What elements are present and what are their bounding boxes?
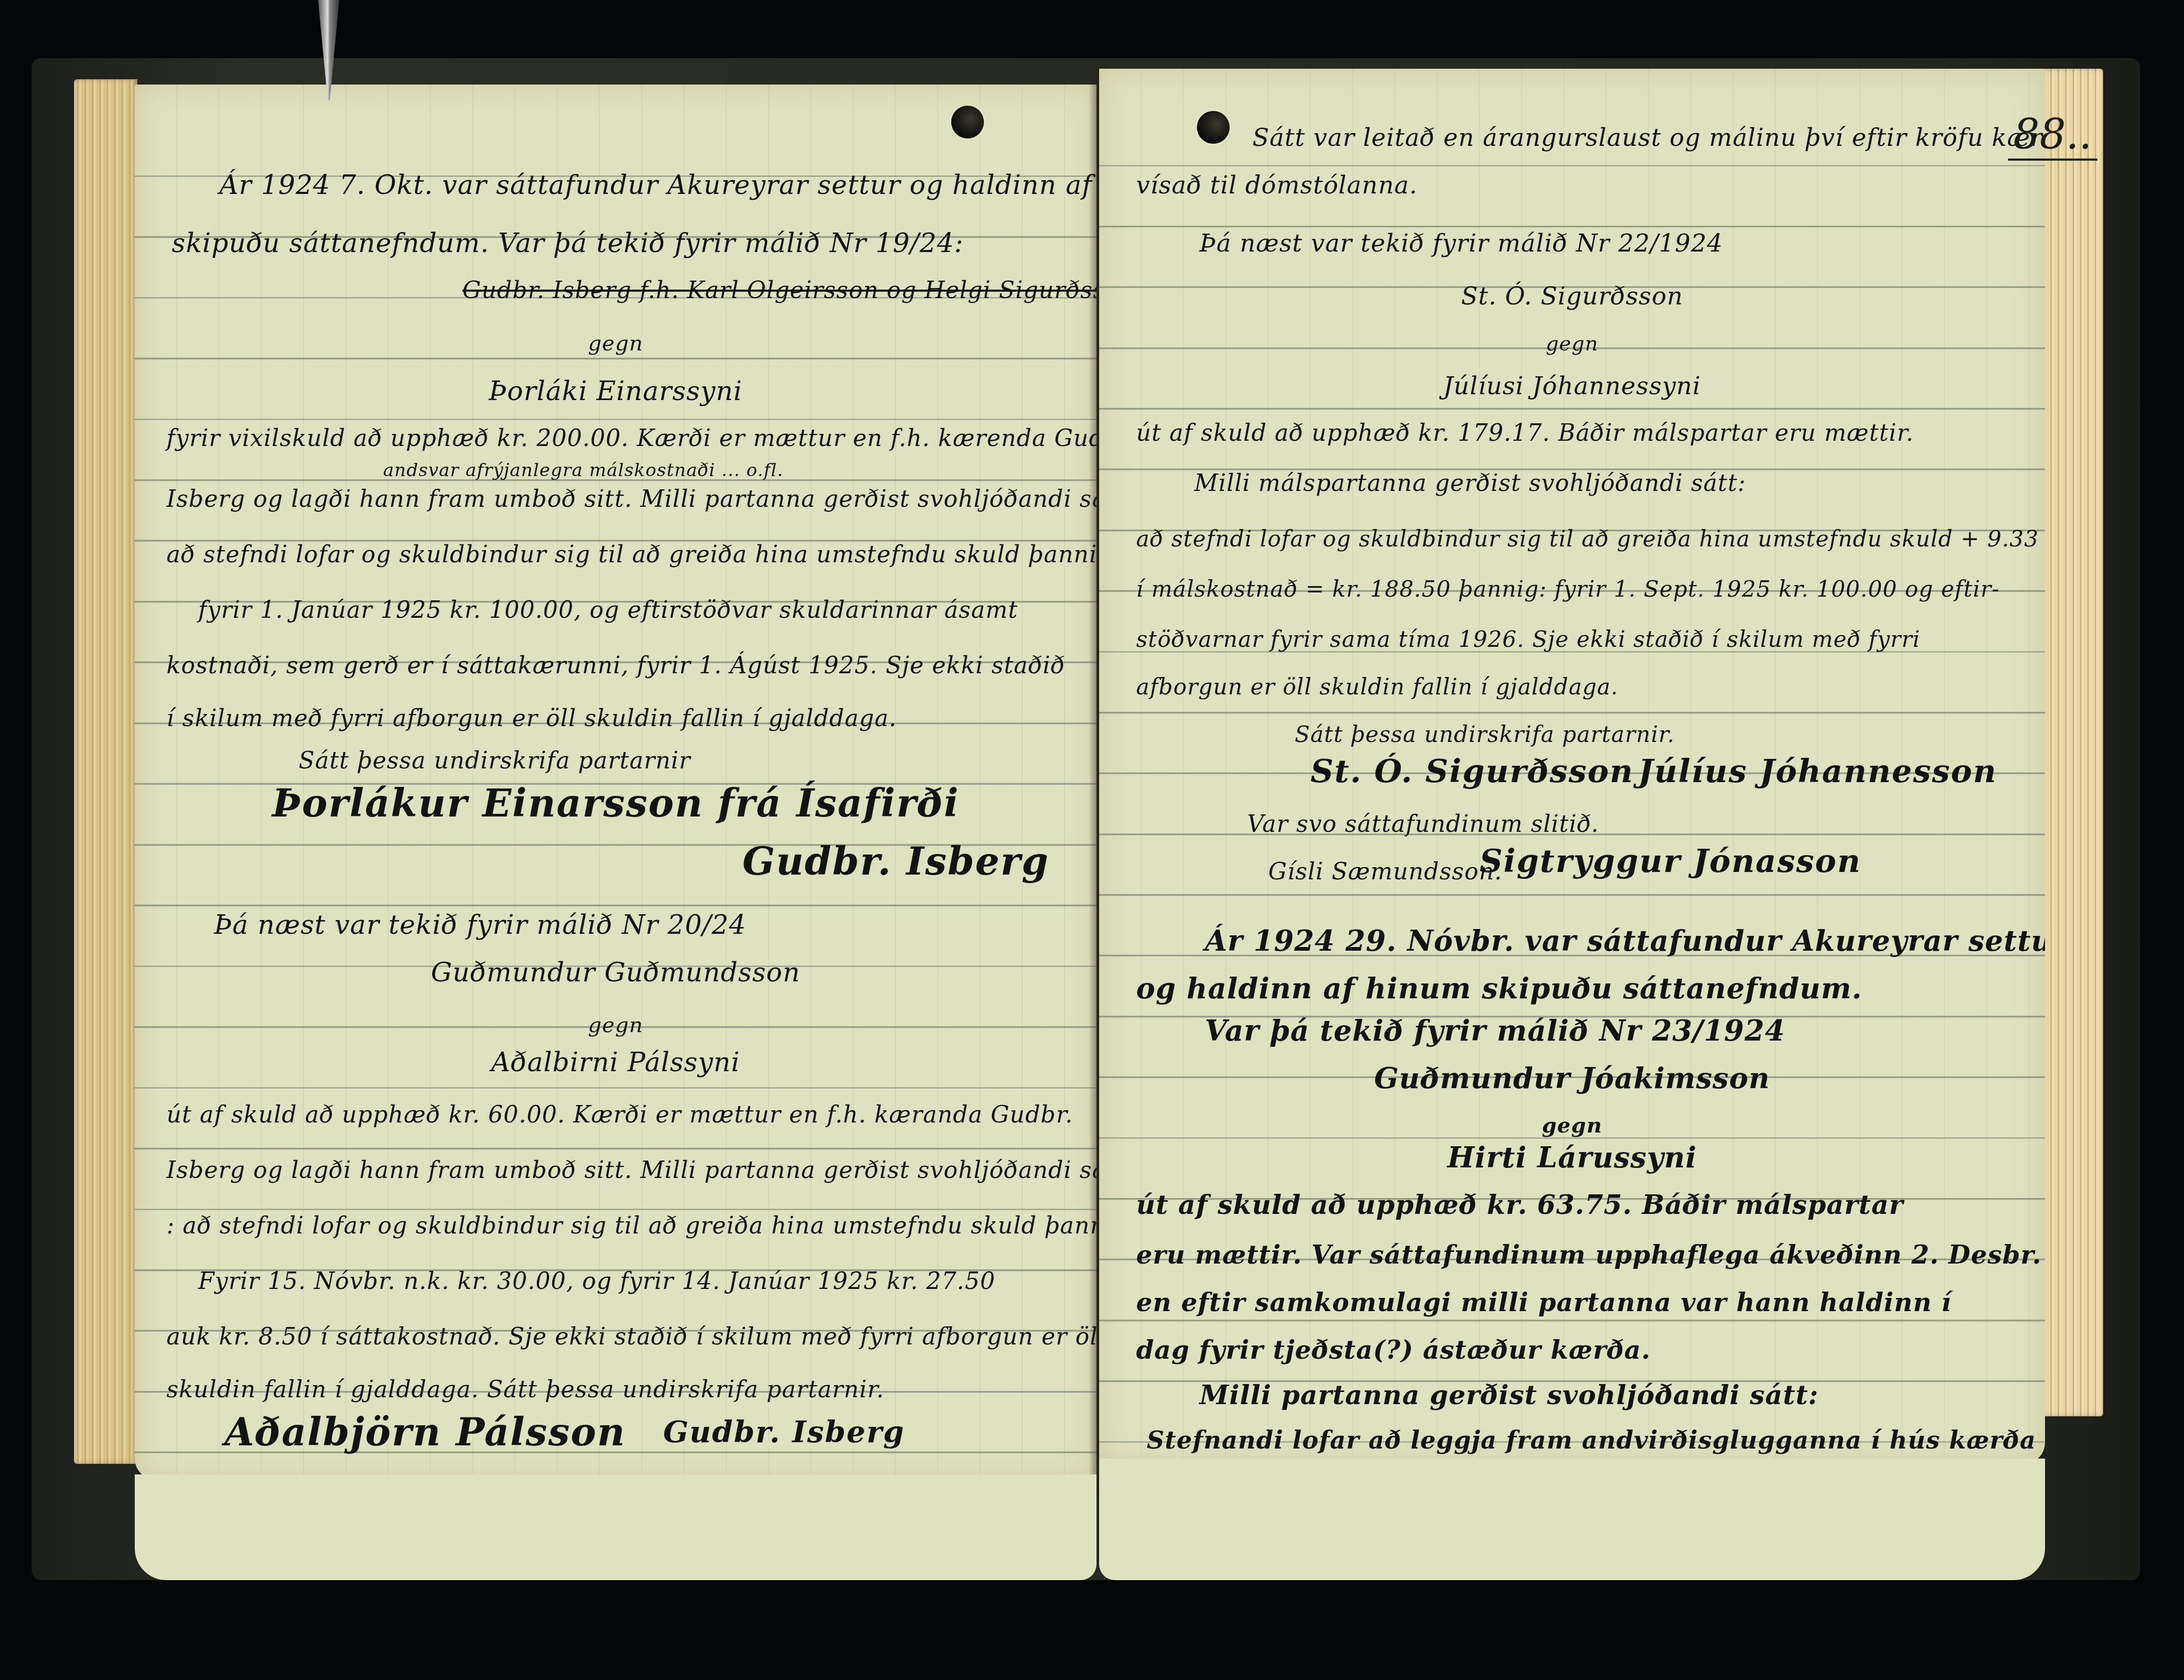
entry-text: Sátt var leitað en árangurslaust og máli… [1252, 122, 2045, 153]
entry-text: að stefndi lofar og skuldbindur sig til … [166, 539, 1096, 571]
defendant-name: Hirti Lárussyni [1099, 1141, 2045, 1173]
entry-text: Stefnandi lofar að leggja fram andvirðis… [1147, 1424, 2036, 1456]
entry-text: Milli málspartanna gerðist svohljóðandi … [1194, 468, 1746, 499]
entry-text: skipuðu sáttanefndum. Var þá tekið fyrir… [172, 227, 964, 259]
entry-text: dag fyrir tjeðsta(?) ástæður kærða. [1136, 1334, 1651, 1366]
entry-heading: Ár 1924 7. Okt. var sáttafundur Akureyra… [219, 169, 1096, 201]
plaintiff-name: St. Ó. Sigurðsson [1099, 280, 2045, 312]
entry-text: að stefndi lofar og skuldbindur sig til … [1136, 523, 2039, 555]
signature: Aðalbjörn Pálsson [225, 1416, 626, 1448]
entry-text: Sátt þessa undirskrifa partarnir. [1295, 719, 1675, 750]
page-edges-left [74, 79, 137, 1464]
entry-text: Fyrir 15. Nóvbr. n.k. kr. 30.00, og fyri… [198, 1266, 996, 1297]
plaintiff-name: Guðmundur Jóakimsson [1099, 1062, 2045, 1094]
signature: Júlíus Jóhannesson [1638, 756, 1997, 787]
page-edges-right [2040, 69, 2103, 1416]
entry-text: út af skuld að upphæð kr. 179.17. Báðir … [1136, 417, 1914, 449]
entry-text: og haldinn af hinum skipuðu sáttanefndum… [1136, 972, 1862, 1004]
page-number: 88.. [2008, 111, 2097, 161]
entry-text: Sátt þessa undirskrifa partarnir [299, 745, 691, 777]
signature: Gudbr. Isberg [742, 846, 1049, 877]
entry-text: skuldin fallin í gjalddaga. Sátt þessa u… [166, 1374, 884, 1406]
right-page: Sátt var leitað en árangurslaust og máli… [1099, 69, 2045, 1464]
entry-heading: Var þá tekið fyrir málið Nr 23/1924 [1205, 1015, 1785, 1046]
entry-text: kostnaði, sem gerð er í sáttakærunni, fy… [166, 650, 1065, 682]
entry-text: fyrir vixilskuld að upphæð kr. 200.00. K… [166, 423, 1096, 454]
versus-label: gegn [135, 328, 1096, 359]
plaintiff-name: Guðmundur Guðmundsson [135, 957, 1096, 988]
entry-text: Isberg og lagði hann fram umboð sitt. Mi… [166, 484, 1096, 515]
punch-hole [1197, 111, 1230, 144]
entry-text: Milli partanna gerðist svohljóðandi sátt… [1200, 1379, 1819, 1411]
entry-text: stöðvarnar fyrir sama tíma 1926. Sje ekk… [1136, 624, 1920, 655]
entry-text: í skilum með fyrri afborgun er öll skuld… [166, 703, 897, 735]
entry-text: fyrir 1. Janúar 1925 kr. 100.00, og efti… [198, 595, 1018, 626]
versus-label: gegn [1099, 328, 2045, 359]
punch-hole [951, 106, 984, 138]
defendant-name: Júlíusi Jóhannessyni [1099, 370, 2045, 402]
entry-heading: Þá næst var tekið fyrir málið Nr 20/24 [214, 909, 746, 941]
plaintiff-name: Gudbr. Isberg f.h. Karl Olgeirsson og He… [462, 275, 1096, 307]
entry-text: en eftir samkomulagi milli partanna var … [1136, 1287, 1951, 1319]
entry-text: vísað til dómstólanna. [1136, 169, 1418, 201]
interlinear-note: andsvar afrýjanlegra málskostnaði ... o.… [383, 454, 784, 486]
signature: St. Ó. Sigurðsson [1311, 756, 1634, 787]
entry-text: út af skuld að upphæð kr. 60.00. Kærði e… [166, 1099, 1073, 1131]
signature: Þorlákur Einarsson frá Ísafirði [272, 787, 959, 819]
entry-text: auk kr. 8.50 í sáttakostnað. Sje ekki st… [166, 1321, 1096, 1353]
left-page: Ár 1924 7. Okt. var sáttafundur Akureyra… [135, 85, 1096, 1480]
entry-text: : að stefndi lofar og skuldbindur sig ti… [166, 1210, 1096, 1242]
entry-text: eru mættir. Var sáttafundinum upphaflega… [1136, 1239, 2041, 1271]
entry-text: Isberg og lagði hann fram umboð sitt. Mi… [166, 1155, 1096, 1186]
signature: Gudbr. Isberg [663, 1416, 905, 1448]
right-page-extension [1099, 1459, 2045, 1580]
defendant-name: Aðalbirni Pálssyni [135, 1046, 1096, 1078]
entry-heading: Þá næst var tekið fyrir málið Nr 22/1924 [1200, 227, 1723, 259]
entry-text: afborgun er öll skuldin fallin í gjaldda… [1136, 671, 1619, 703]
entry-text: Var svo sáttafundinum slitið. [1247, 809, 1599, 840]
signature: Sigtryggur Jónasson [1480, 846, 1861, 877]
entry-text: í málskostnað = kr. 188.50 þannig: fyrir… [1136, 573, 2000, 605]
versus-label: gegn [1099, 1110, 2045, 1141]
defendant-name: Þorláki Einarssyni [135, 375, 1096, 407]
entry-text: Gísli Sæmundsson. [1268, 856, 1502, 888]
versus-label: gegn [135, 1009, 1096, 1041]
left-page-extension [135, 1474, 1096, 1580]
entry-heading: Ár 1924 29. Nóvbr. var sáttafundur Akure… [1205, 925, 2045, 957]
entry-text: út af skuld að upphæð kr. 63.75. Báðir m… [1136, 1189, 1903, 1221]
